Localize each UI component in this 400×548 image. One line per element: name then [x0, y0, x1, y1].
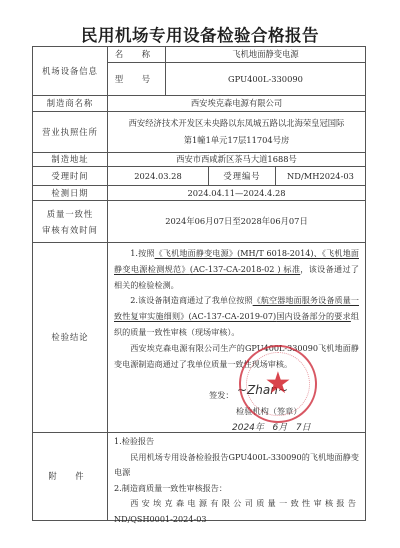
equipment-name-label: 名 称: [107, 46, 166, 63]
official-seal-stamp: ★: [239, 345, 317, 423]
equipment-info-label: 机场设备信息: [32, 46, 108, 96]
manufacturing-address-label: 制造地址: [32, 152, 108, 167]
conclusion-label: 检验结论: [32, 242, 108, 433]
license-address-label: 营业执照住所: [32, 111, 108, 153]
conclusion-paragraph-2: 2.该设备制造商通过了我单位按照《航空器地面服务设备质量一致性复审实施细则》(A…: [114, 293, 359, 340]
acceptance-time-value: 2024.03.28: [107, 166, 209, 186]
manufacturer-label: 制造商名称: [32, 95, 108, 112]
issue-date-month: 6月: [273, 423, 288, 433]
attachment-item1-body: 民用机场专用设备检验报告GPU400L-330090的飞机地面静变电源: [114, 450, 359, 481]
issue-date-day: 7日: [296, 423, 311, 433]
validity-value: 2024年06月07日至2028年06月07日: [107, 200, 366, 243]
equipment-model-value: GPU400L-330090: [165, 62, 366, 96]
attachment-item1-title: 1.检验报告: [114, 434, 359, 450]
attachment-item2-title: 2.制造商质量一致性审核报告：: [114, 481, 359, 497]
certificate-table: 机场设备信息 名 称 飞机地面静变电源 型 号 GPU400L-330090 制…: [32, 46, 366, 521]
issue-date-year: 2024年: [232, 423, 264, 433]
test-date-value: 2024.04.11—2024.4.28: [107, 185, 366, 201]
validity-label-line2: 审核有效时间: [42, 222, 98, 238]
acceptance-number-label: 受理编号: [208, 166, 276, 186]
signature-label: 签发：: [209, 390, 234, 401]
conclusion-paragraph-3: 西安埃克森电源有限公司生产的GPU400L-330090飞机地面静变电源制造商通…: [114, 341, 359, 373]
conclusion-body: 1.按照《飞机地面静变电源》(MH/T 6018-2014)、《飞机地面静变电源…: [107, 242, 366, 433]
equipment-model-label: 型 号: [107, 62, 166, 96]
equipment-name-value: 飞机地面静变电源: [165, 46, 366, 63]
conclusion-paragraph-1: 1.按照《飞机地面静变电源》(MH/T 6018-2014)、《飞机地面静变电源…: [114, 246, 359, 293]
page-title: 民用机场专用设备检验合格报告: [0, 22, 400, 46]
attachment-item2-body: 西安埃克森电源有限公司质量一致性审核报告: [114, 496, 359, 512]
seal-star-icon: ★: [263, 369, 293, 399]
attachment-label: 附 件: [32, 432, 108, 521]
validity-label: 质量一致性 审核有效时间: [32, 200, 108, 243]
attachment-body: 1.检验报告 民用机场专用设备检验报告GPU400L-330090的飞机地面静变…: [107, 432, 366, 521]
license-address-line2: 第1幢1单元17层11704号房: [184, 132, 290, 149]
acceptance-time-label: 受理时间: [32, 166, 108, 186]
license-address-value: 西安经济技术开发区未央路以东凤城五路以北海荣皇冠国际 第1幢1单元17层1170…: [107, 111, 366, 153]
license-address-line1: 西安经济技术开发区未央路以东凤城五路以北海荣皇冠国际: [129, 115, 345, 132]
manufacturing-address-value: 西安市西咸新区茶马大道1688号: [107, 152, 366, 167]
manufacturer-value: 西安埃克森电源有限公司: [107, 95, 366, 112]
attachment-item2-code: ND/QSH0001-2024-03: [114, 512, 359, 528]
acceptance-number-value: ND/MH2024-03: [275, 166, 366, 186]
test-date-label: 检测日期: [32, 185, 108, 201]
validity-label-line1: 质量一致性: [47, 206, 94, 222]
